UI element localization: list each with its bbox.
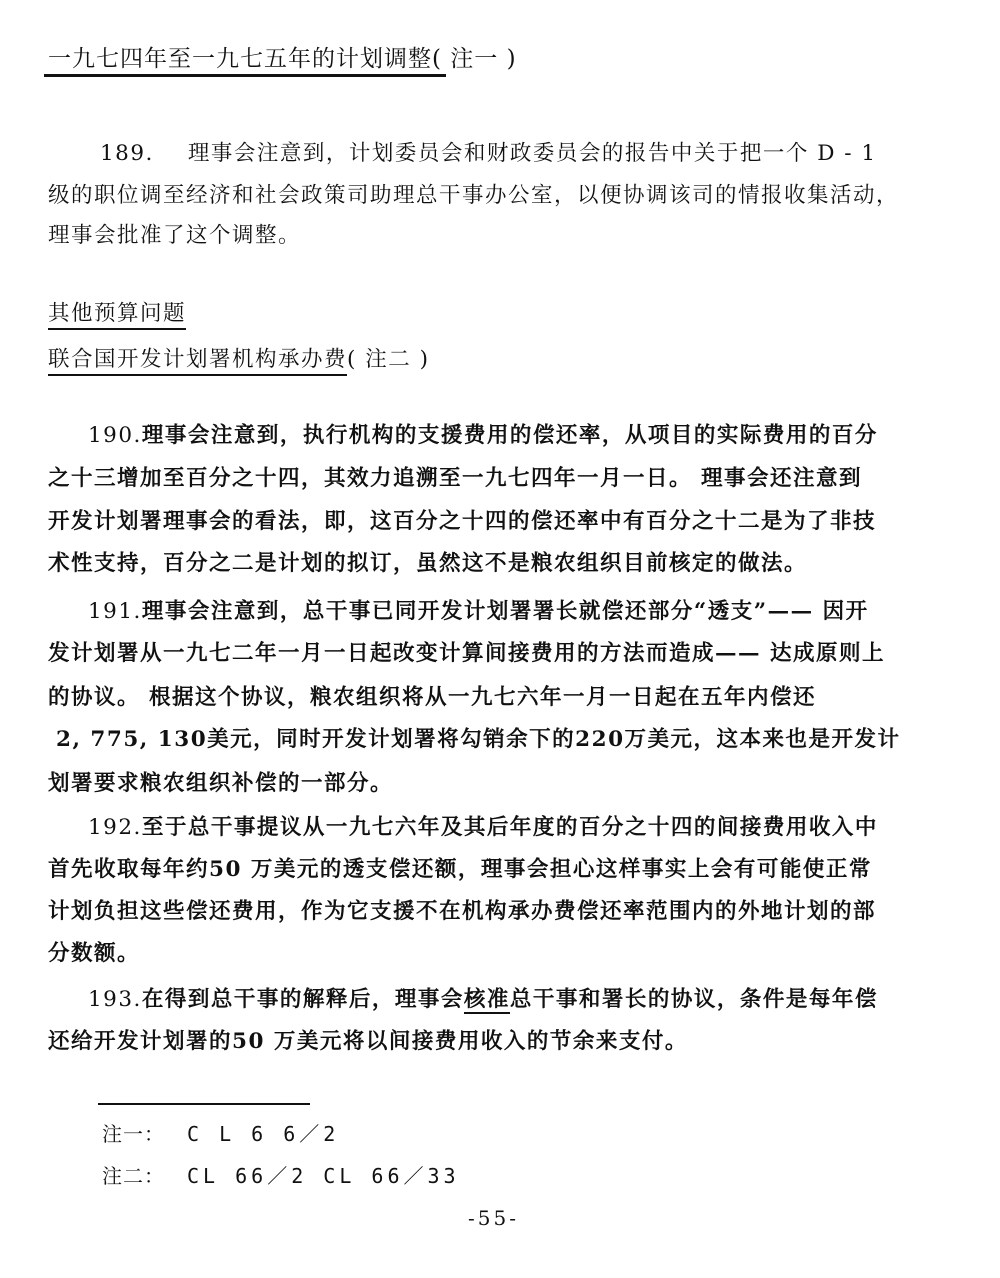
para-190-line-1: 190.理事会注意到，执行机构的支援费用的偿还率，从项目的实际费用的百分 <box>88 418 878 449</box>
para-191-line-2: 发计划署从一九七二年一月一日起改变计算间接费用的方法而造成—— 达成原则上 <box>48 636 885 667</box>
para-193-number: 193. <box>88 987 142 1012</box>
subheading-other-budget: 其他预算问题 <box>48 296 186 327</box>
footnote-1-label: 注一： <box>102 1122 165 1146</box>
para-191-number: 191. <box>88 599 142 624</box>
section-heading-note-ref: ( 注一 ) <box>432 46 517 72</box>
para-192-line-4: 分数额。 <box>48 936 140 967</box>
section-heading-title: 一九七四年至一九七五年的计划调整 <box>48 46 432 72</box>
para-189-number: 189. <box>100 141 154 166</box>
section-heading: 一九七四年至一九七五年的计划调整( 注一 ) <box>48 40 517 73</box>
para-189-line-2: 级的职位调至经济和社会政策司助理总干事办公室，以便协调该司的情报收集活动， <box>48 178 899 209</box>
para-191-line-4: 2, 775, 130美元，同时开发计划署将勾销余下的220万美元，这本来也是开… <box>56 722 901 753</box>
para-192-line-2: 首先收取每年约50 万美元的透支偿还额，理事会担心这样事实上会有可能使正常 <box>48 852 872 883</box>
para-193-line-2: 还给开发计划署的50 万美元将以间接费用收入的节余来支付。 <box>48 1024 688 1055</box>
page-number: -55- <box>468 1206 519 1230</box>
para-192-line-3: 计划负担这些偿还费用，作为它支援不在机构承办费偿还率范围内的外地计划的部 <box>48 894 876 925</box>
para-190-line-4: 术性支持，百分之二是计划的拟订，虽然这不是粮农组织目前核定的做法。 <box>48 546 807 577</box>
para-190-line-3: 开发计划署理事会的看法，即，这百分之十四的偿还率中有百分之十二是为了非技 <box>48 504 876 535</box>
footnote-divider <box>98 1103 310 1105</box>
para-191-line-5: 划署要求粮农组织补偿的一部分。 <box>48 766 393 797</box>
footnote-1-ref: C L 6 6／2 <box>187 1122 339 1146</box>
footnote-2: 注二：CL 66／2 CL 66／33 <box>102 1160 460 1189</box>
approve-underlined: 核准 <box>464 987 510 1014</box>
subheading-undp-overhead: 联合国开发计划署机构承办费( 注二 ) <box>48 342 429 373</box>
footnote-1: 注一：C L 6 6／2 <box>102 1118 339 1147</box>
heading-underline <box>44 74 446 77</box>
para-189-line-3: 理事会批准了这个调整。 <box>48 218 301 249</box>
para-190-number: 190. <box>88 423 142 448</box>
para-191-line-1: 191.理事会注意到，总干事已同开发计划署署长就偿还部分“透支”—— 因开 <box>88 594 869 625</box>
para-190-line-2: 之十三增加至百分之十四，其效力追溯至一九七四年一月一日。 理事会还注意到 <box>48 461 862 492</box>
para-192-number: 192. <box>88 815 142 840</box>
footnote-2-ref: CL 66／2 CL 66／33 <box>187 1164 460 1188</box>
para-192-line-1: 192.至于总干事提议从一九七六年及其后年度的百分之十四的间接费用收入中 <box>88 810 878 841</box>
para-193-line-1: 193.在得到总干事的解释后，理事会核准总干事和署长的协议，条件是每年偿 <box>88 982 878 1013</box>
para-189-line-1: 189.理事会注意到，计划委员会和财政委员会的报告中关于把一个 D - 1 <box>100 136 877 167</box>
footnote-2-label: 注二： <box>102 1164 165 1188</box>
para-191-line-3: 的协议。 根据这个协议，粮农组织将从一九七六年一月一日起在五年内偿还 <box>48 680 816 711</box>
